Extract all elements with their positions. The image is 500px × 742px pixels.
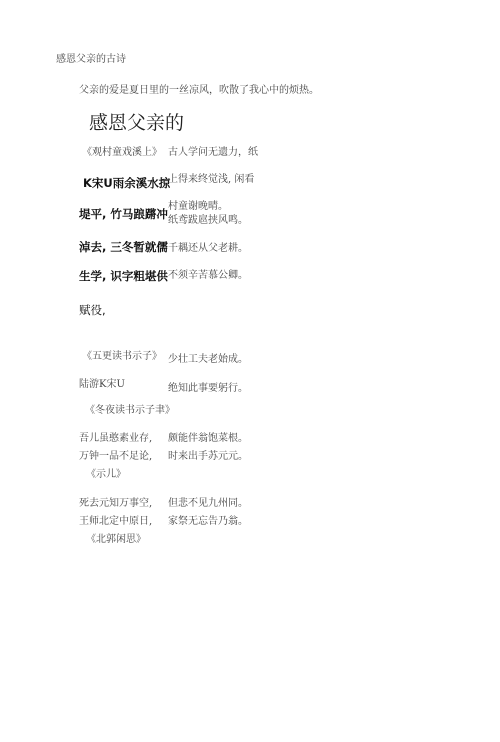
poem-line: 时来出手苏元元。 bbox=[168, 447, 248, 462]
poem-line: 死去元知万事空, bbox=[79, 494, 152, 509]
poem-line: K宋U雨余溪水掠 bbox=[83, 175, 170, 191]
poem-line: 上得来终觉浅, 闲看 bbox=[168, 170, 254, 185]
poem-line: 赋役, bbox=[79, 302, 106, 318]
poem-line: 生学, 识字粗堪供 bbox=[79, 268, 168, 284]
poem-title: 《示儿》 bbox=[86, 465, 126, 480]
poem-title: 《观村童戏溪上》 bbox=[82, 143, 162, 158]
poem-line: 绝知此事要躬行。 bbox=[168, 379, 248, 394]
poem-line: 淖去, 三冬暂就儒 bbox=[79, 239, 168, 255]
poem-line: 万钟一品不足论, bbox=[79, 447, 152, 462]
poem-line: 堤平, 竹马踉蹡冲 bbox=[79, 206, 168, 222]
poem-line: 吾儿虽憨素业存, bbox=[79, 429, 152, 444]
poem-title: 《冬夜读书示子聿》 bbox=[85, 401, 175, 416]
poem-line: 不须辛苦慕公卿。 bbox=[168, 266, 248, 281]
poem-title: 《五更读书示子》 bbox=[82, 347, 162, 362]
poem-title: 《北郭闲思》 bbox=[86, 530, 146, 545]
poem-line: 但悲不见九州同。 bbox=[168, 494, 248, 509]
poem-line: 家祭无忘告乃翁。 bbox=[168, 512, 248, 527]
document-title: 感恩父亲的古诗 bbox=[56, 50, 126, 65]
poem-line: 少壮工夫老始成。 bbox=[168, 350, 248, 365]
poem-line: 纸鸢跋扈挟风鸣。 bbox=[168, 211, 248, 226]
poem-line: 古人学问无遗力，纸 bbox=[168, 143, 258, 158]
poem-line: 颇能伴翁饱菜根。 bbox=[168, 429, 248, 444]
poem-line: 王师北定中原日, bbox=[79, 512, 152, 527]
poem-line: 村童谢晚晴。 bbox=[168, 197, 228, 212]
poem-line: 千耦还从父老耕。 bbox=[168, 239, 248, 254]
intro-line: 父亲的爱是夏日里的一丝凉风，吹散了我心中的烦热。 bbox=[79, 81, 319, 96]
poem-author: 陆游K宋U bbox=[79, 375, 125, 390]
section-heading: 感恩父亲的 bbox=[89, 108, 184, 135]
